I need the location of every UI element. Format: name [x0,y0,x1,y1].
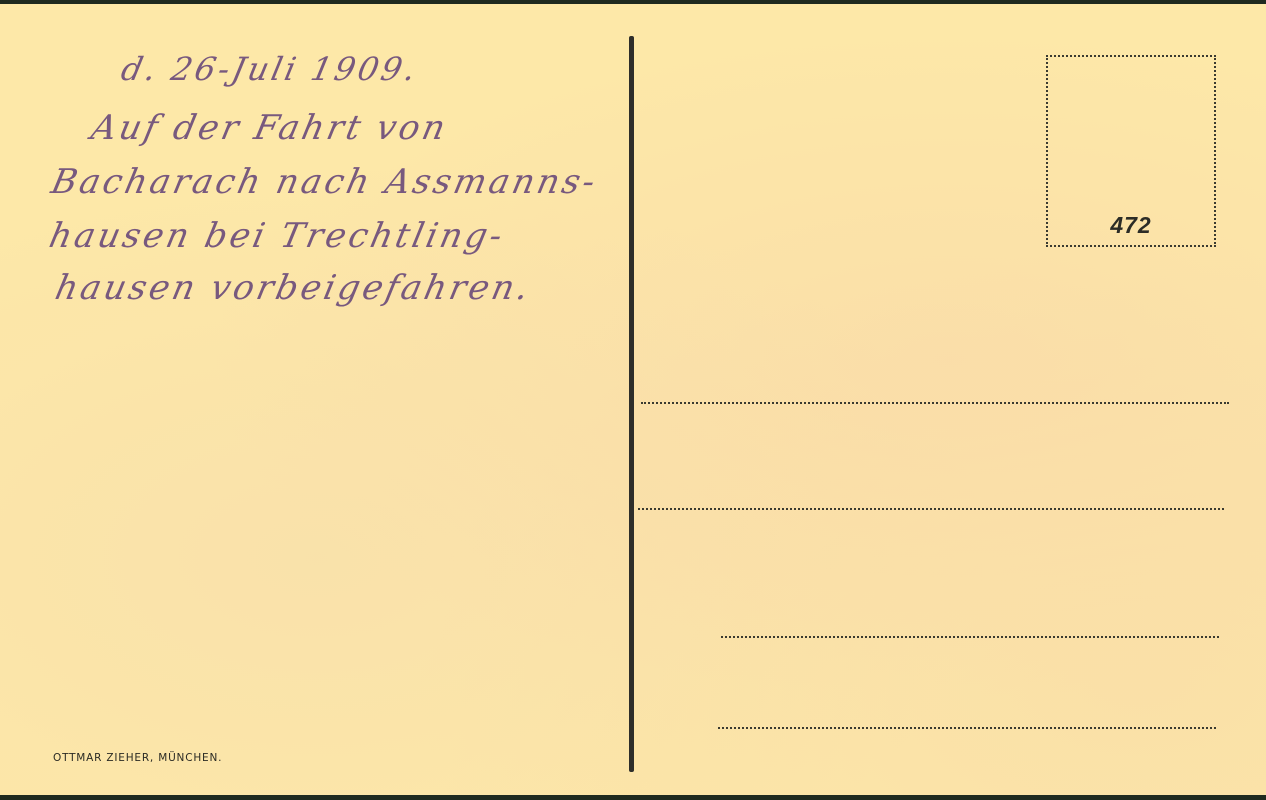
handwritten-line: Auf der Fahrt von [88,108,452,148]
card-number: 472 [1048,212,1214,239]
address-line-1 [641,402,1229,404]
handwritten-date: d. 26-Juli 1909. [118,50,422,88]
postcard-back: d. 26-Juli 1909. Auf der Fahrt von Bacha… [0,4,1266,795]
address-line-3 [721,636,1219,638]
handwritten-line: hausen vorbeigefahren. [52,268,535,308]
stamp-placeholder: 472 [1046,55,1216,247]
center-divider [629,36,634,772]
publisher-imprint: OTTMAR ZIEHER, MÜNCHEN. [53,752,222,764]
handwritten-line: hausen bei Trechtling- [46,216,509,256]
handwritten-line: Bacharach nach Assmanns- [48,162,602,202]
address-line-2 [638,508,1224,510]
address-line-4 [718,727,1216,729]
